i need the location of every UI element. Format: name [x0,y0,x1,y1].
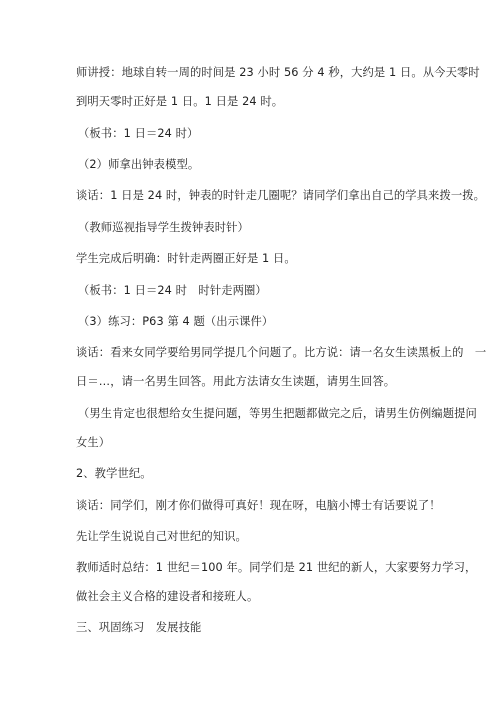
paragraph-dialogue-questions-line-2: 日＝…，请一名男生回答。用此方法请女生读题，请男生回答。 [76,375,395,389]
section-3-heading: 三、巩固练习 发展技能 [76,621,201,635]
step-3-exercise: （3）练习：P63 第 4 题（出示课件） [78,315,273,329]
paragraph-student-knowledge: 先让学生说说自己对世纪的知识。 [76,530,247,544]
paragraph-dialogue-questions-line-1: 谈话：看来女同学要给男同学提几个问题了。比方说：请一名女生读黑板上的 一 [76,346,486,360]
document-page: 师讲授：地球自转一周的时间是 23 小时 56 分 4 秒，大约是 1 日。从今… [0,0,500,707]
paragraph-teacher-summary-line-1: 教师适时总结：1 世纪＝100 年。同学们是 21 世纪的新人，大家要努力学习， [76,561,476,575]
paragraph-dialogue-clock: 谈话：1 日是 24 时，钟表的时针走几圈呢？请同学们拿出自己的学具来拨一拨。 [76,189,485,203]
blackboard-note-1: （板书：1 日＝24 时） [78,127,198,141]
paragraph-student-conclusion: 学生完成后明确：时针走两圈正好是 1 日。 [76,252,296,266]
paragraph-dialogue-praise: 谈话：同学们，刚才你们做得可真好！现在呀，电脑小博士有话要说了！ [76,499,441,513]
paragraph-boys-questions-line-2: 女生） [76,436,110,450]
paragraph-teacher-lecture-line-2: 到明天零时正好是 1 日。1 日是 24 时。 [76,95,283,109]
step-2-heading: （2）师拿出钟表模型。 [78,158,199,172]
blackboard-note-2: （板书：1 日＝24 时 时针走两圈） [78,284,267,298]
paragraph-teacher-lecture-line-1: 师讲授：地球自转一周的时间是 23 小时 56 分 4 秒，大约是 1 日。从今… [76,66,480,80]
teacher-guidance-note: （教师巡视指导学生拨钟表时针） [78,221,249,235]
paragraph-boys-questions-line-1: （男生肯定也很想给女生提问题，等男生把题都做完之后，请男生仿例编题提问 [78,407,477,421]
paragraph-teacher-summary-line-2: 做社会主义合格的建设者和接班人。 [76,590,258,604]
section-2-heading: 2、教学世纪。 [76,467,152,481]
